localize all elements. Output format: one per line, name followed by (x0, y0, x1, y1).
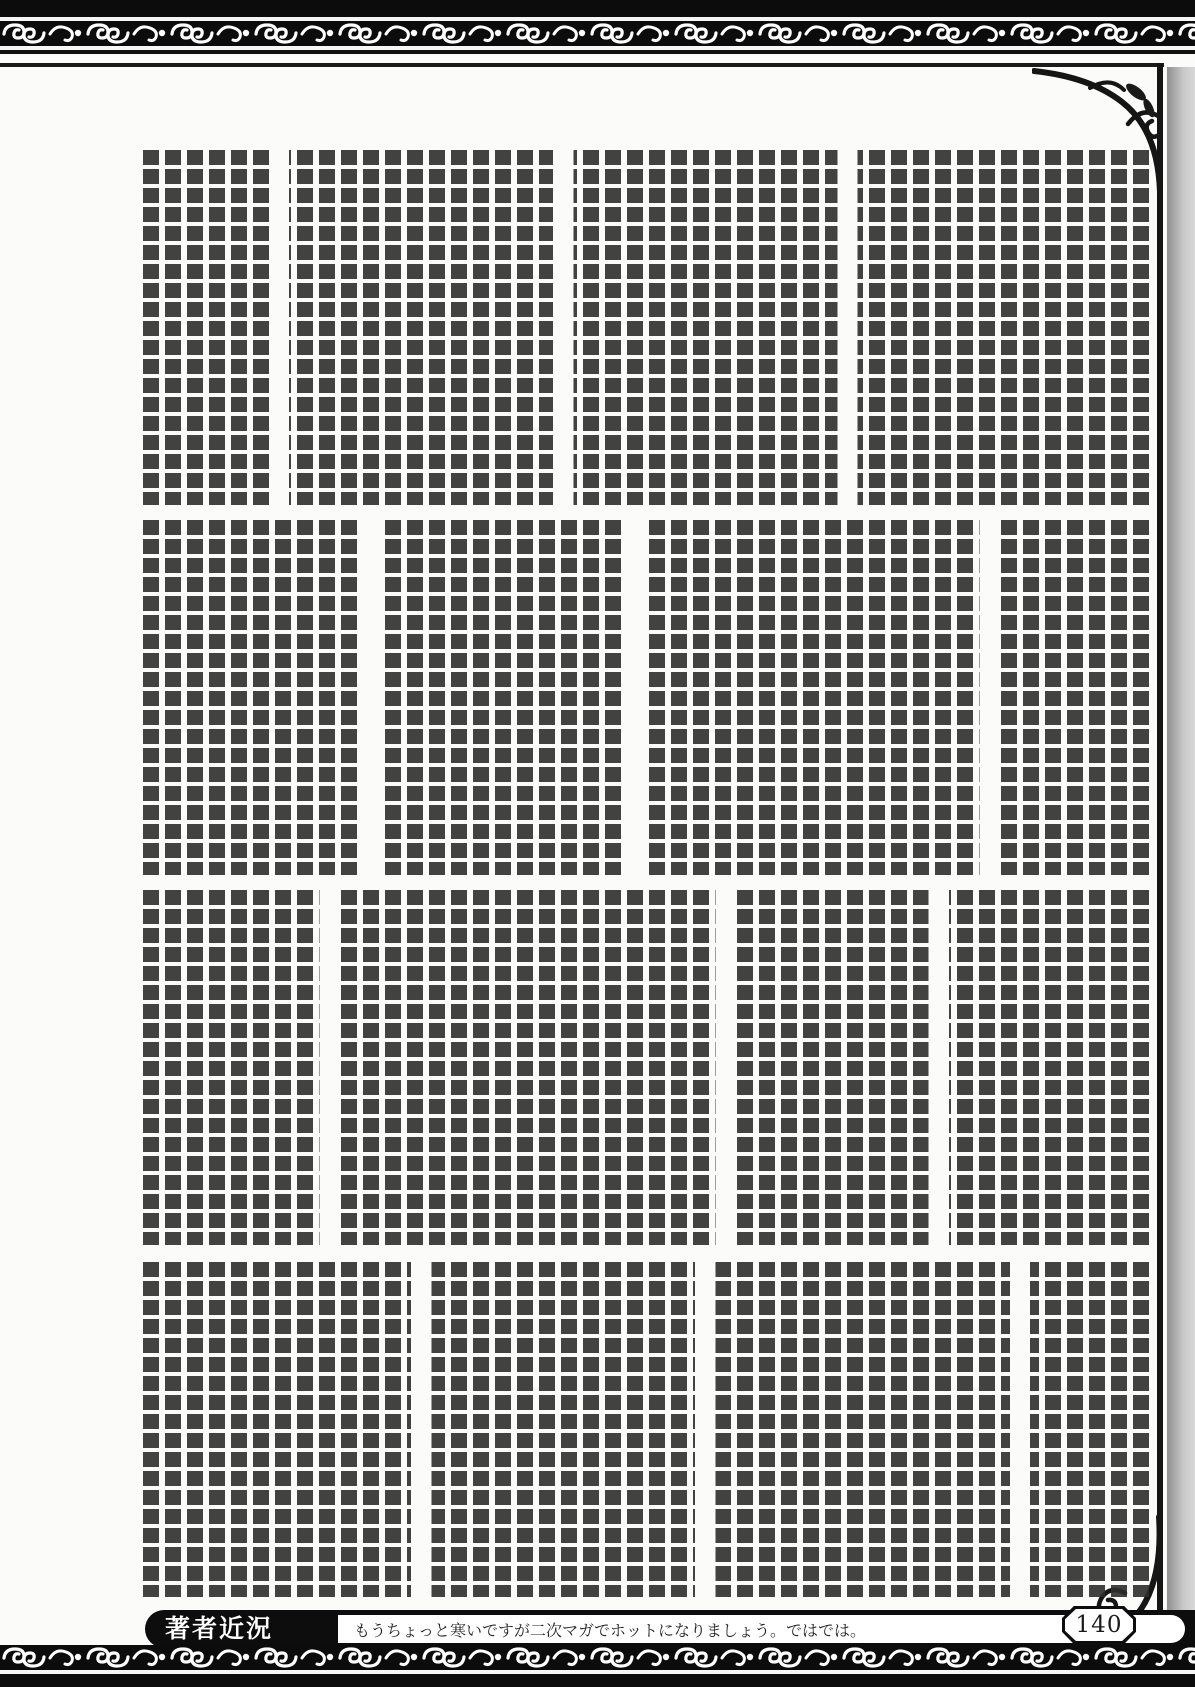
top-border-thin-line (0, 50, 1195, 54)
content-right-rule (1157, 63, 1163, 1647)
footer-note-strip: もうちょっと寒いですが二次マガでホットになりましょう。ではでは。 (338, 1615, 1185, 1643)
bottom-border-solid-band (0, 1674, 1195, 1687)
body-text-tier-3 (137, 890, 1152, 1245)
top-border-scrollwork-band (0, 21, 1195, 46)
page-number-badge-inner: 140 (1065, 1609, 1133, 1641)
body-text-tier-2 (137, 520, 1152, 875)
page-number-badge: 140 (1062, 1606, 1136, 1644)
top-border-solid-band (0, 0, 1195, 17)
scrollwork-pattern-top (0, 21, 1195, 46)
body-text-tier-4 (137, 1262, 1152, 1597)
bottom-border-scrollwork-band (0, 1645, 1195, 1670)
scan-edge-shadow (1167, 67, 1195, 1612)
page-number: 140 (1076, 1612, 1123, 1638)
body-text-tier-1 (137, 150, 1152, 505)
content-top-rule (0, 63, 1164, 67)
footer-note-text: もうちょっと寒いですが二次マガでホットになりましょう。ではでは。 (354, 1618, 866, 1641)
footer-bar: 著者近況 もうちょっと寒いですが二次マガでホットになりましょう。ではでは。 (145, 1610, 1195, 1648)
scrollwork-pattern-bottom (0, 1645, 1195, 1670)
footer-author-status-label: 著者近況 (165, 1614, 343, 1644)
